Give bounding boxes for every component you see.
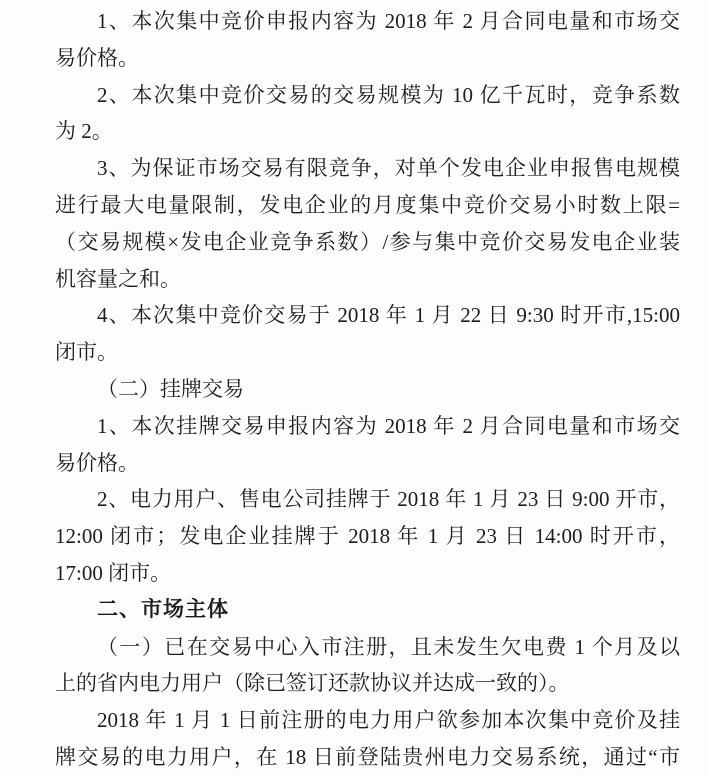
document-line: 2、本次集中竞价交易的交易规模为 10 亿千瓦时，竞争系数 <box>55 77 680 114</box>
document-line: 3、为保证市场交易有限竞争，对单个发电企业申报售电规模 <box>55 150 680 187</box>
document-line: 为 2。 <box>55 113 680 150</box>
document-line: 4、本次集中竞价交易于 2018 年 1 月 22 日 9:30 时开市,15:… <box>55 297 680 334</box>
document-line: 1、本次集中竞价申报内容为 2018 年 2 月合同电量和市场交 <box>55 3 680 40</box>
document-line: 易价格。 <box>55 40 680 77</box>
document-page: 1、本次集中竞价申报内容为 2018 年 2 月合同电量和市场交 易价格。 2、… <box>0 0 709 776</box>
document-section-heading: 二、市场主体 <box>55 592 680 629</box>
document-line: （交易规模×发电企业竞争系数）/参与集中竞价交易发电企业装 <box>55 224 680 261</box>
document-line: 牌交易的电力用户，在 18 日前登陆贵州电力交易系统，通过“市 <box>55 739 680 776</box>
document-line: 1、本次挂牌交易申报内容为 2018 年 2 月合同电量和市场交 <box>55 408 680 445</box>
document-line: 2018 年 1 月 1 日前注册的电力用户欲参加本次集中竞价及挂 <box>55 702 680 739</box>
document-line: 17:00 闭市。 <box>55 555 680 592</box>
document-line: 进行最大电量限制，发电企业的月度集中竞价交易小时数上限= <box>55 187 680 224</box>
document-line: 12:00 闭市；发电企业挂牌于 2018 年 1 月 23 日 14:00 时… <box>55 518 680 555</box>
document-line: 闭市。 <box>55 334 680 371</box>
document-line: 易价格。 <box>55 445 680 482</box>
document-line: 机容量之和。 <box>55 261 680 298</box>
document-line: 2、电力用户、售电公司挂牌于 2018 年 1 月 23 日 9:00 开市， <box>55 481 680 518</box>
document-line: 上的省内电力用户（除已签订还款协议并达成一致的）。 <box>55 665 680 702</box>
document-line: （二）挂牌交易 <box>55 371 680 408</box>
document-line: （一）已在交易中心入市注册，且未发生欠电费 1 个月及以 <box>55 629 680 666</box>
